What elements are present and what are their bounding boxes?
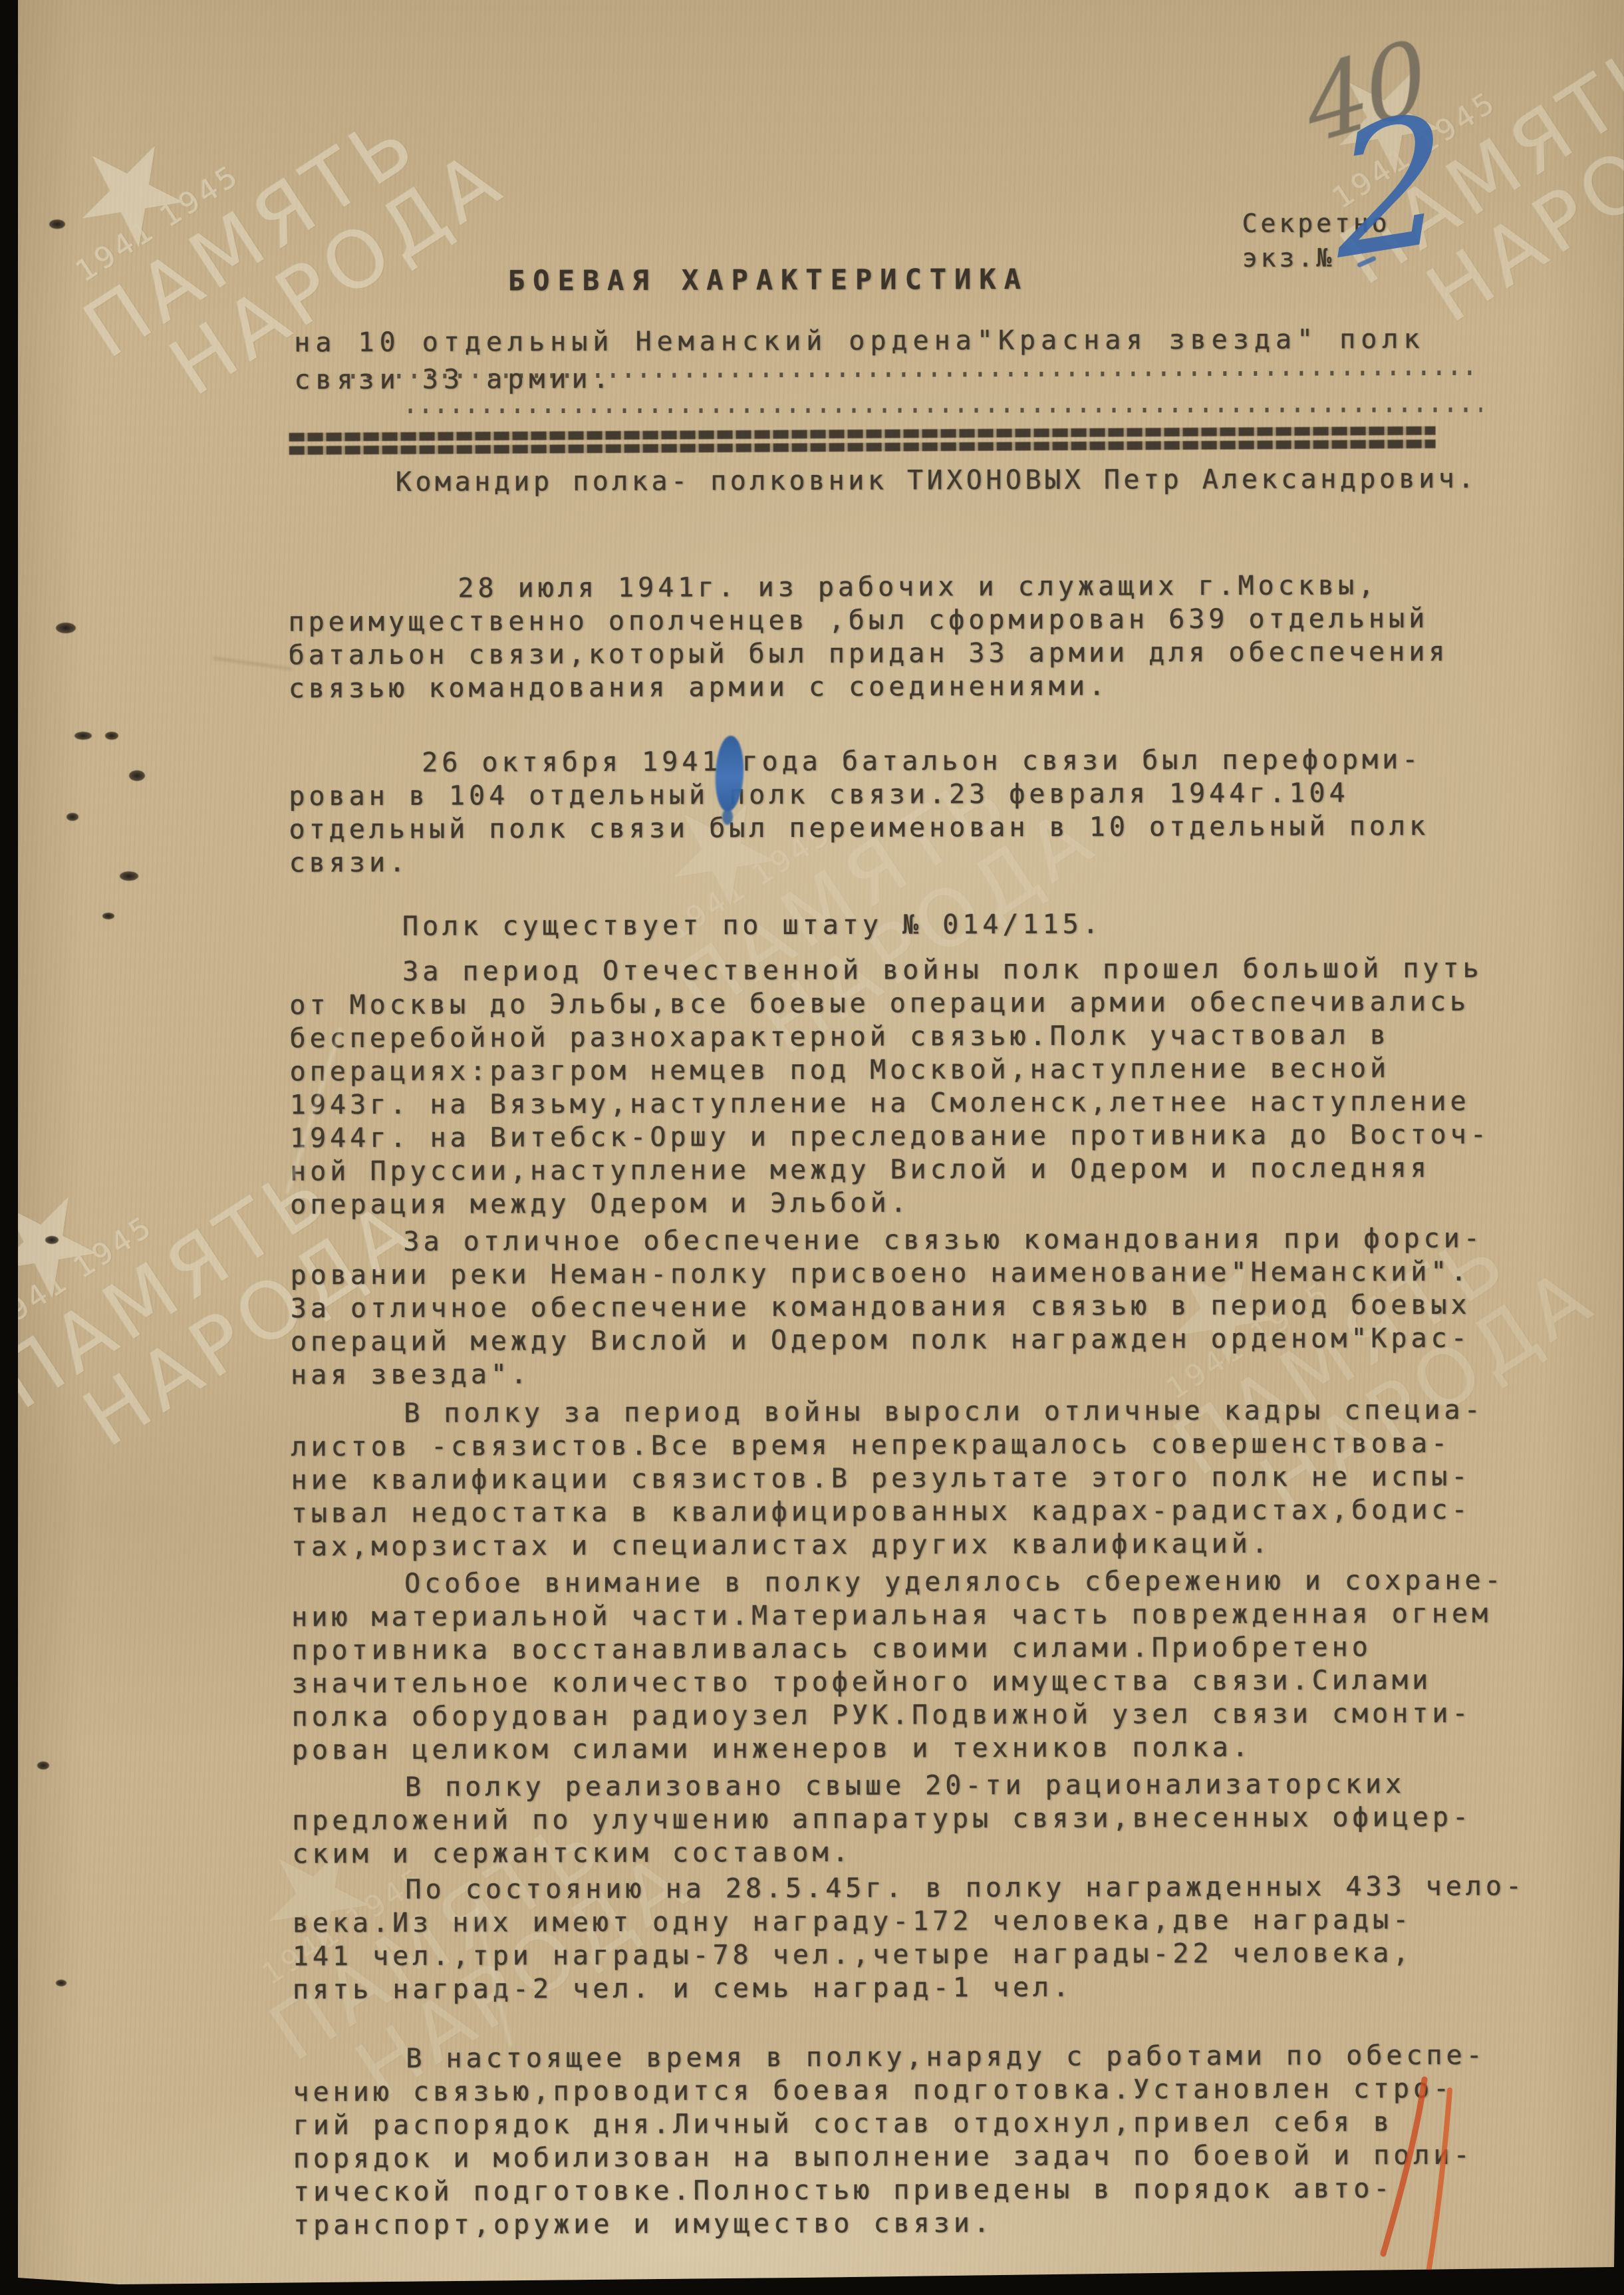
blue-ink-blot [722,809,733,825]
typed-line: ние квалификации связистов.В результате … [291,1460,1521,1497]
paragraph: В полку за период войны выросли отличные… [291,1394,1522,1564]
typed-line: 26 октября 1941 года батальон связи был … [289,743,1519,780]
paper-speck [120,871,138,881]
typed-line: операция между Одером и Эльбой. [290,1185,1520,1222]
typed-line: 28 июля 1941г. из рабочих и служащих г.М… [288,569,1518,606]
paper-speck [67,813,78,821]
document-page: ★ 1941 1945 ПАМЯТЬ НАРОДА ★ 1941 1945 ПА… [0,0,1624,2295]
typed-line: 1943г. на Вязьму,наступление на Смоленск… [290,1085,1520,1122]
typed-line: операциях:разгром немцев под Москвой,нас… [290,1052,1520,1089]
typed-content: Секретноэкз.№ БОЕВАЯ ХАРАКТЕРИСТИКА на 1… [0,0,1624,2295]
classification-label: Секретно [1242,208,1391,238]
paper-speck [129,770,145,781]
typed-line: рован в 104 отдельный полк связи.23 февр… [289,776,1519,814]
separator-line [289,426,1436,460]
paragraph: 26 октября 1941 года батальон связи был … [289,743,1520,880]
paper-speck [105,732,118,740]
typed-line: За отличное обеспечение связью командова… [290,1222,1520,1259]
typed-line: За период Отечественной войны полк проше… [289,952,1520,989]
dotted-underline [409,408,1482,414]
typed-line: полка оборудован радиоузел РУК.Подвижной… [292,1697,1522,1734]
typed-line: значительное количество трофейного имуще… [291,1664,1522,1701]
punch-hole [49,220,65,229]
typed-line: транспорт,оружие и имущество связи. [293,2205,1524,2242]
typed-line: отдельный полк связи был переименован в … [289,810,1519,847]
copy-label: экз.№ [1242,243,1335,273]
typed-line: рован целиком силами инженеров и технико… [292,1730,1522,1767]
typed-line: листов -связистов.Все время непрекращало… [291,1427,1521,1464]
punch-hole [45,1236,59,1244]
typed-line: батальон связи,который был придан 33 арм… [289,635,1519,673]
paper-speck [74,732,92,740]
paragraph: В настоящее время в полку,наряду с работ… [293,2039,1524,2242]
paper-speck [56,1980,67,1986]
typed-line: противника восстанавливалась своими сила… [291,1630,1522,1668]
typed-line: гий распорядок дня.Личный состав отдохну… [293,2105,1524,2143]
paragraph: За отличное обеспечение связью командова… [290,1222,1521,1392]
typed-line: 141 чел.,три награды-78 чел.,четыре нагр… [293,1936,1523,1974]
typed-line: бесперебойной разнохарактерной связью.По… [289,1018,1520,1056]
typed-line: ским и сержантским составом. [292,1834,1522,1871]
typed-line: связью командования армии с соединениями… [289,669,1519,706]
punch-hole [56,623,76,633]
typed-line: По состоянию на 28.5.45г. в полку награж… [292,1870,1522,1907]
typed-line: пять наград-2 чел. и семь наград-1 чел. [293,1970,1523,2007]
paragraph: За период Отечественной войны полк проше… [289,952,1520,1222]
typed-line: тывал недостатка в квалифицированных кад… [291,1493,1522,1531]
typed-line: нию материальной части.Материальная част… [291,1597,1522,1634]
typed-line: операций между Вислой и Одером полк нагр… [291,1322,1521,1359]
typed-line: тической подготовке.Полностью приведены … [293,2172,1524,2209]
typed-line: связи. [289,843,1520,880]
typed-line: предложений по улучшению аппаратуры связ… [292,1801,1522,1838]
typed-line: ной Пруссии,наступление между Вислой и О… [290,1151,1520,1189]
typed-line: Полк существует по штату № 014/115. [289,907,1520,944]
typed-line: ная звезда". [291,1355,1521,1392]
subtitle-line: на 10 отдельный Неманский ордена"Красная… [294,324,1424,358]
paragraph: В полку реализовано свыше 20-ти рационал… [292,1767,1522,1871]
typed-line: В полку реализовано свыше 20-ти рационал… [292,1767,1522,1805]
paper-speck [102,913,114,919]
typed-line: чению связью,проводится боевая подготовк… [293,2072,1523,2109]
paragraph: Особое внимание в полку уделялось сбереж… [291,1564,1522,1767]
typed-line: Особое внимание в полку уделялось сбереж… [291,1564,1522,1601]
paragraph: Полк существует по штату № 014/115. [289,907,1520,944]
page-title: БОЕВАЯ ХАРАКТЕРИСТИКА [508,263,1029,297]
typed-line: от Москвы до Эльбы,все боевые операции а… [289,985,1520,1022]
classification-block: Секретноэкз.№ [1242,206,1391,275]
commander-line: Командир полка- полковник ТИХОНОВЫХ Петр… [396,464,1478,498]
typed-line: ровании реки Неман-полку присвоено наиме… [291,1255,1521,1293]
punch-hole [37,1761,49,1769]
typed-line: порядок и мобилизован на выполнение зада… [293,2139,1524,2176]
paragraph: По состоянию на 28.5.45г. в полку награж… [292,1870,1523,2007]
typed-line: 1944г. на Витебск-Оршу и преследование п… [290,1118,1520,1155]
paragraph: 28 июля 1941г. из рабочих и служащих г.М… [288,569,1519,706]
typed-line: В полку за период войны выросли отличные… [291,1394,1521,1431]
typed-line: тах,морзистах и специалистах других квал… [291,1527,1522,1564]
separator-bar [289,440,1436,455]
typed-line: В настоящее время в полку,наряду с работ… [293,2039,1523,2076]
typed-line: преимущественно ополченцев ,был сформиро… [288,602,1518,639]
subtitle-line: связи 33 армии. [294,364,614,396]
typed-line: За отличное обеспечение командования свя… [291,1289,1521,1326]
separator-bar [289,426,1436,442]
